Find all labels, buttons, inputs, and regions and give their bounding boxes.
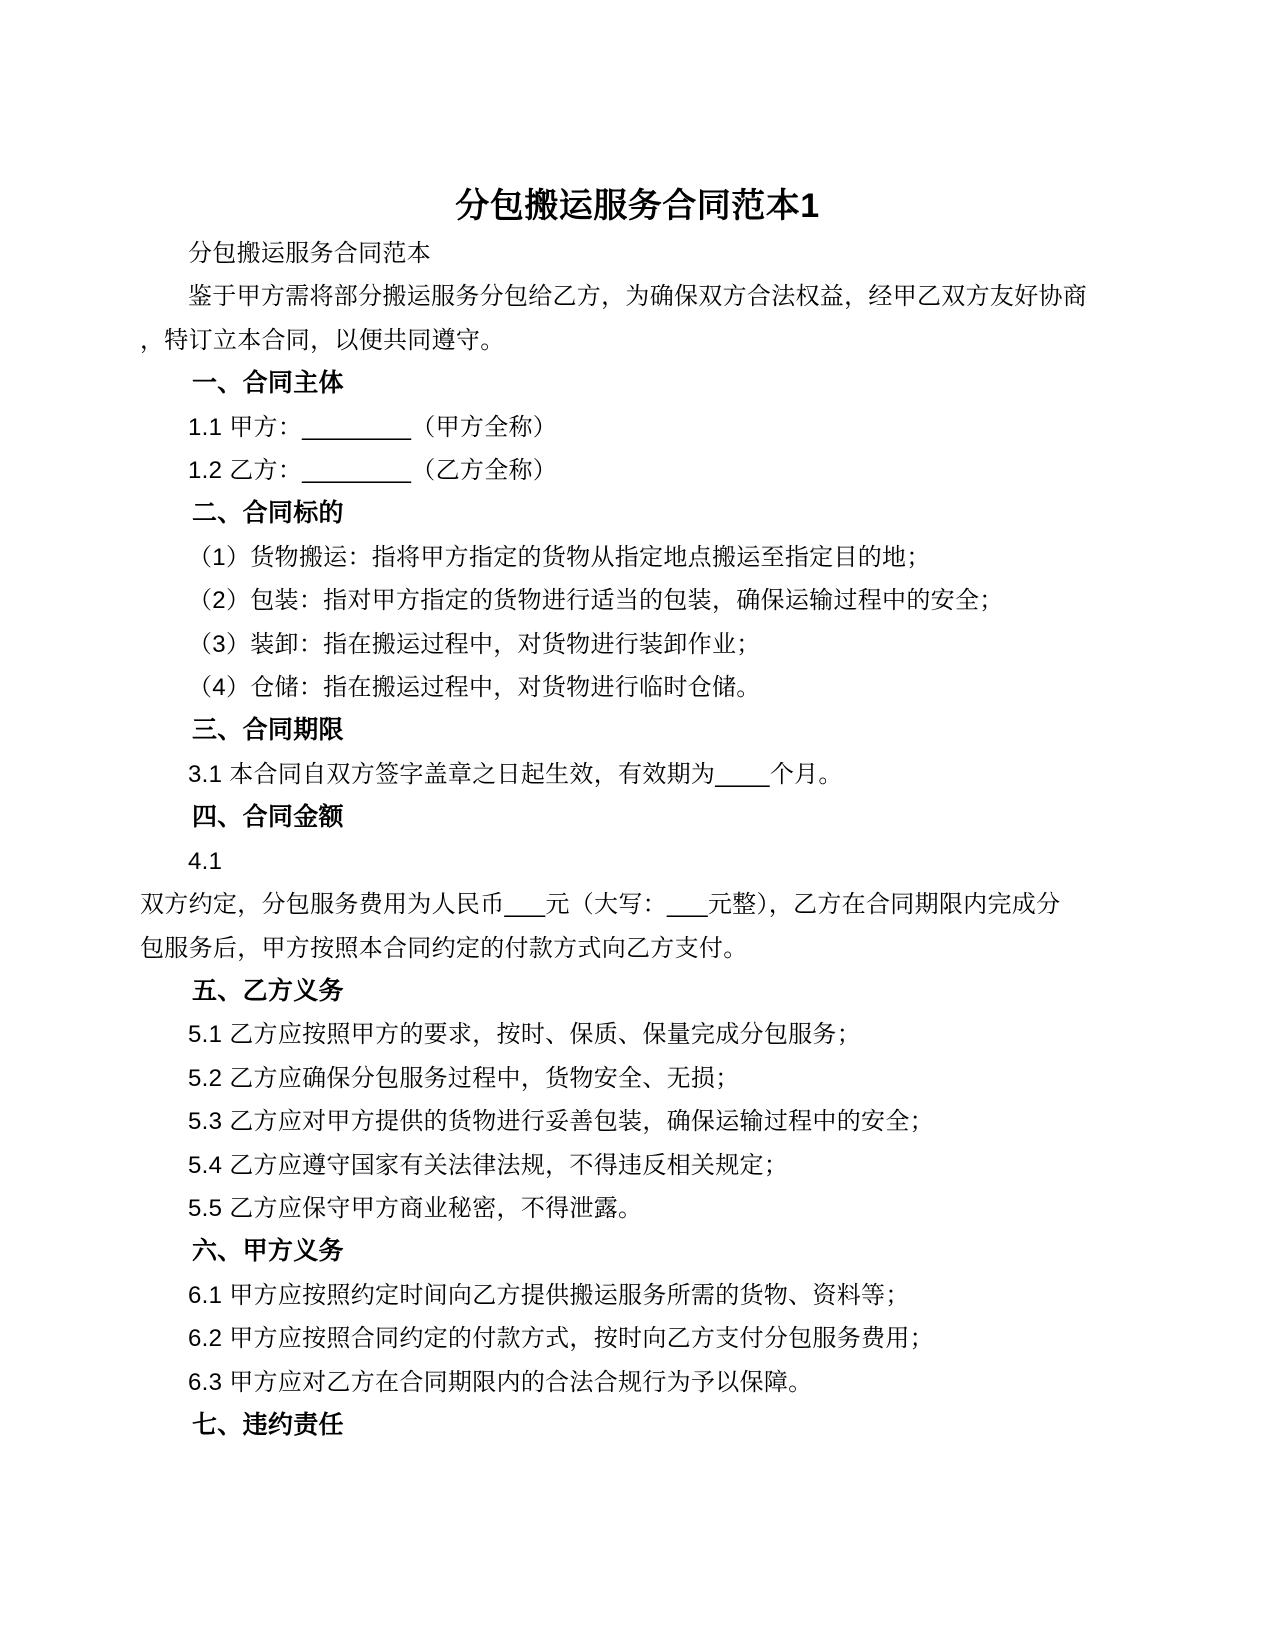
paragraph-line: ，特订立本合同，以便共同遵守。: [140, 319, 1135, 362]
section-heading: 五、乙方义务: [140, 970, 1135, 1013]
paragraph-line: （1）货物搬运：指将甲方指定的货物从指定地点搬运至指定目的地；: [140, 536, 1135, 579]
section-heading: 七、违约责任: [140, 1404, 1135, 1447]
paragraph-line: 5.5 乙方应保守甲方商业秘密，不得泄露。: [140, 1187, 1135, 1230]
paragraph-line: 鉴于甲方需将部分搬运服务分包给乙方，为确保双方合法权益，经甲乙双方友好协商: [140, 275, 1135, 318]
section-heading: 六、甲方义务: [140, 1230, 1135, 1273]
section-heading: 二、合同标的: [140, 492, 1135, 535]
paragraph-line: 5.2 乙方应确保分包服务过程中，货物安全、无损；: [140, 1057, 1135, 1100]
section-heading: 四、合同金额: [140, 796, 1135, 839]
paragraph-line: 1.1 甲方：________（甲方全称）: [140, 406, 1135, 449]
paragraph-line: 1.2 乙方：________（乙方全称）: [140, 449, 1135, 492]
paragraph-line: 5.4 乙方应遵守国家有关法律法规，不得违反相关规定；: [140, 1144, 1135, 1187]
paragraph-line: 3.1 本合同自双方签字盖章之日起生效，有效期为____个月。: [140, 753, 1135, 796]
paragraph-line: 5.1 乙方应按照甲方的要求，按时、保质、保量完成分包服务；: [140, 1013, 1135, 1056]
document-title: 分包搬运服务合同范本1: [140, 180, 1135, 232]
paragraph-line: 6.2 甲方应按照合同约定的付款方式，按时向乙方支付分包服务费用；: [140, 1317, 1135, 1360]
document-page: 分包搬运服务合同范本1 分包搬运服务合同范本鉴于甲方需将部分搬运服务分包给乙方，…: [0, 0, 1275, 1650]
paragraph-line: 5.3 乙方应对甲方提供的货物进行妥善包装，确保运输过程中的安全；: [140, 1100, 1135, 1143]
paragraph-line: 6.3 甲方应对乙方在合同期限内的合法合规行为予以保障。: [140, 1361, 1135, 1404]
paragraph-line: 4.1: [140, 840, 1135, 883]
paragraph-line: （3）装卸：指在搬运过程中，对货物进行装卸作业；: [140, 623, 1135, 666]
paragraph-line: 包服务后，甲方按照本合同约定的付款方式向乙方支付。: [140, 927, 1135, 970]
paragraph-line: （4）仓储：指在搬运过程中，对货物进行临时仓储。: [140, 666, 1135, 709]
document-body: 分包搬运服务合同范本鉴于甲方需将部分搬运服务分包给乙方，为确保双方合法权益，经甲…: [140, 232, 1135, 1447]
paragraph-line: 6.1 甲方应按照约定时间向乙方提供搬运服务所需的货物、资料等；: [140, 1274, 1135, 1317]
paragraph-line: 双方约定，分包服务费用为人民币___元（大写：___元整），乙方在合同期限内完成…: [140, 883, 1135, 926]
paragraph-line: （2）包装：指对甲方指定的货物进行适当的包装，确保运输过程中的安全；: [140, 579, 1135, 622]
section-heading: 三、合同期限: [140, 709, 1135, 752]
section-heading: 一、合同主体: [140, 362, 1135, 405]
paragraph-line: 分包搬运服务合同范本: [140, 232, 1135, 275]
